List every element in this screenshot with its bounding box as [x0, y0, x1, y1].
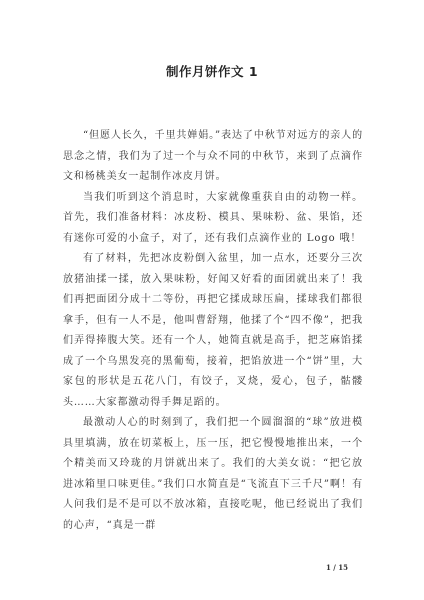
paragraph: 有了材料，先把冰皮粉倒入盆里，加一点水，还要分三次放猪油揉一揉，放入果味粉，好闻…	[63, 249, 363, 413]
paragraph: “但愿人长久，千里共婵娟。”表达了中秋节对远方的亲人的思念之情，我们为了过一个与…	[63, 126, 363, 188]
paragraph: 当我们听到这个消息时，大家就像重获自由的动物一样。首先，我们准备材料：冰皮粉、模…	[63, 188, 363, 250]
paragraph: 最激动人心的时刻到了，我们把一个圆溜溜的“球”放进模具里填满，放在切菜板上，压一…	[63, 413, 363, 536]
page-number: 1 / 15	[326, 563, 348, 572]
document-body: “但愿人长久，千里共婵娟。”表达了中秋节对远方的亲人的思念之情，我们为了过一个与…	[63, 126, 363, 536]
document-title: 制作月饼作文 1	[0, 62, 424, 80]
